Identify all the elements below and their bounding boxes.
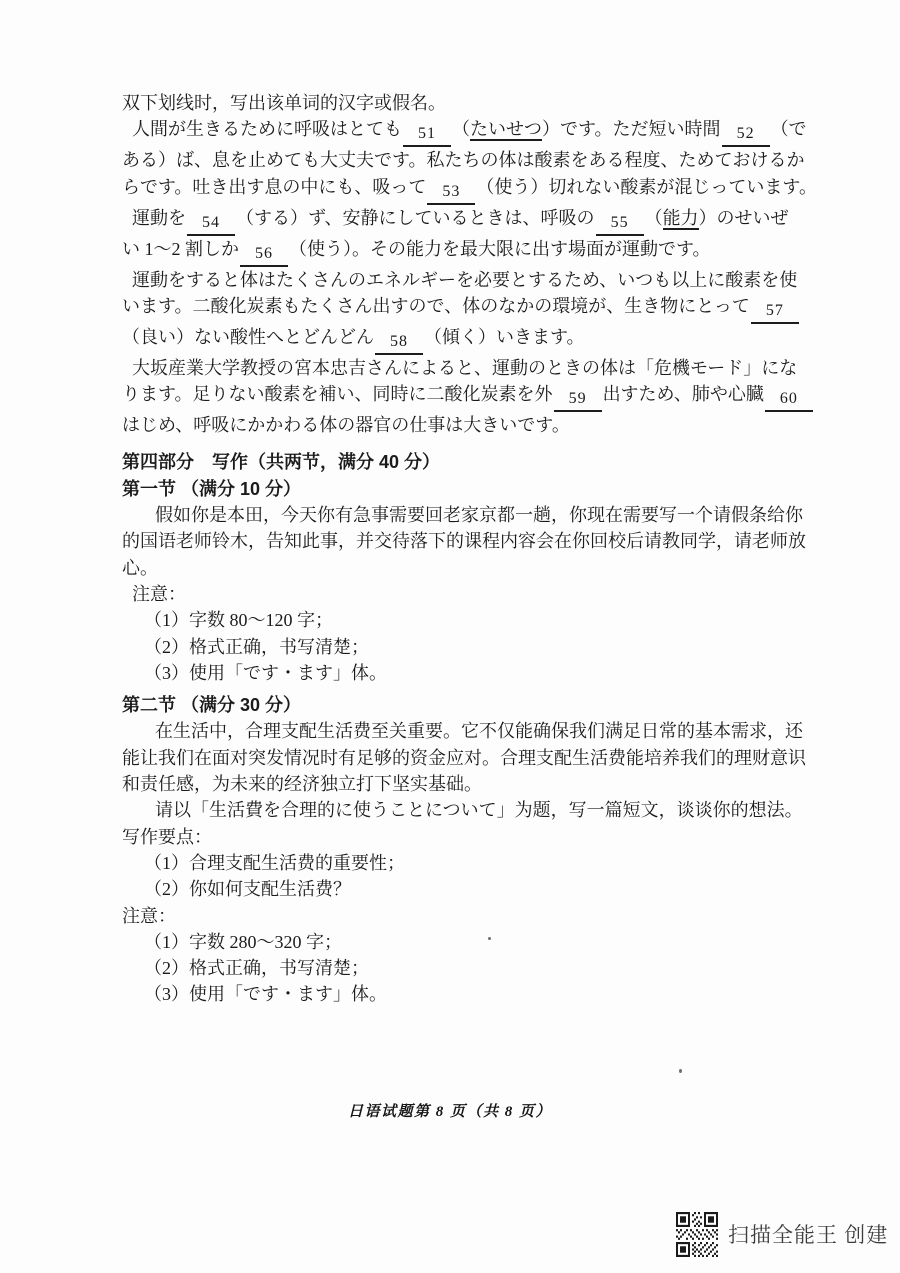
watermark-text: 扫描全能王 创建 [728,1219,888,1249]
text-line: 第二节 （满分 30 分） [122,692,812,718]
text-run: （2）格式正确，书写清楚； [144,637,369,657]
text-run: 出すため、肺や心臓 [603,384,764,404]
text-line: 注意： [122,903,812,929]
text-run: 注意： [122,906,176,926]
text-line: 双下划线时，写出该单词的汉字或假名。 [122,90,812,116]
text-line: 假如你是本田，今天你有急事需要回老家京都一趟，你现在需要写一个请假条给你 [122,502,812,528]
text-run: （使う）。その能力を最大限に出す場面が運動です。 [289,239,711,259]
blank-field-55: 55 [596,212,644,236]
text-line: （1）合理支配生活费的重要性； [122,850,812,876]
text-line: 運動をすると体はたくさんのエネルギーを必要とするため、いつも以上に酸素を使 [122,267,812,293]
text-run: （3）使用「です・ます」体。 [144,663,387,683]
text-run: 運動をすると体はたくさんのエネルギーを必要とするため、いつも以上に酸素を使 [132,270,797,290]
text-run: （で [771,119,807,139]
text-run: 请以「生活費を合理的に使うことについて」为题，写一篇短文，谈谈你的想法。 [155,800,803,820]
blank-field-53: 53 [427,181,475,205]
text-run: 假如你是本田，今天你有急事需要回老家京都一趟，你现在需要写一个请假条给你 [155,505,803,525]
text-run: （ [452,119,470,139]
scanned-exam-page: { "reading": { "lines": [ {"parts":[{"k"… [0,0,900,1273]
text-line: 第一节 （满分 10 分） [122,476,812,502]
scan-speck [488,937,491,940]
blank-field-57: 57 [751,300,799,324]
underlined-word: たいせつ [470,119,542,141]
scan-speck [679,1069,682,1073]
text-line: 運動を54（する）ず、安静にしているときは、呼吸の55（能力）のせいぜ [122,205,812,236]
text-run: 人間が生きるために呼吸はとても [132,119,402,139]
blank-field-58: 58 [375,331,423,355]
text-run: ある）ば、息を止めても大丈夫です。私たちの体は酸素をある程度、ためておけるか [122,150,805,170]
page-body: 双下划线时，写出该单词的汉字或假名。人間が生きるために呼吸はとても51（たいせつ… [122,90,812,1008]
qr-code-icon [676,1212,718,1257]
text-line: 人間が生きるために呼吸はとても51（たいせつ）です。ただ短い時間52（で [122,116,812,147]
text-line: （2）格式正确，书写清楚； [122,955,812,981]
text-run: （良い）ない酸性へとどんどん [122,327,374,347]
text-run: （1）字数 280～320 字； [144,932,342,952]
text-run: ります。足りない酸素を補い、同時に二酸化炭素を外 [122,384,553,404]
blank-field-60: 60 [765,388,813,412]
text-run: 第一节 （满分 10 分） [122,479,301,499]
blank-field-51: 51 [403,123,451,147]
text-line: （3）使用「です・ます」体。 [122,660,812,686]
text-line: （2）你如何支配生活费？ [122,876,812,902]
text-line: らです。吐き出す息の中にも、吸って53（使う）切れない酸素が混じっています。 [122,174,812,205]
text-line: はじめ、呼吸にかかわる体の器官の仕事は大きいです。 [122,412,812,438]
text-line: 能让我们在面对突发情况时有足够的资金应对。合理支配生活费能培养我们的理财意识 [122,745,812,771]
reading-passage: 双下划线时，写出该单词的汉字或假名。人間が生きるために呼吸はとても51（たいせつ… [122,90,812,438]
writing-section: 第四部分 写作（共两节，满分 40 分）第一节 （满分 10 分）假如你是本田，… [122,449,812,1007]
text-line: ります。足りない酸素を補い、同時に二酸化炭素を外59出すため、肺や心臓60 [122,381,812,412]
text-line: 写作要点： [122,824,812,850]
text-line: （3）使用「です・ます」体。 [122,981,812,1007]
blank-field-54: 54 [187,212,235,236]
text-run: 写作要点： [122,827,212,847]
text-run: （使う）切れない酸素が混じっています。 [476,177,817,197]
text-run: 心。 [122,558,158,578]
text-run: （する）ず、安静にしているときは、呼吸の [236,208,595,228]
text-run: （ [645,208,663,228]
text-run: 第二节 （满分 30 分） [122,695,301,715]
text-run: （3）使用「です・ます」体。 [144,984,387,1004]
text-line: 第四部分 写作（共两节，满分 40 分） [122,449,812,475]
text-run: います。二酸化炭素もたくさん出すので、体のなかの環境が、生き物にとって [122,296,750,316]
text-run: ）のせいぜ [699,208,789,228]
blank-field-56: 56 [240,243,288,267]
text-line: 大坂産業大学教授の宮本忠吉さんによると、運動のときの体は「危機モード」にな [122,355,812,381]
text-run: （2）格式正确，书写清楚； [144,958,369,978]
text-run: 第四部分 写作（共两节，满分 40 分） [122,452,440,472]
text-run: 大坂産業大学教授の宮本忠吉さんによると、運動のときの体は「危機モード」にな [132,358,797,378]
text-run: 和责任感，为未来的经济独立打下坚实基础。 [122,774,482,794]
text-run: 的国语老师铃木，告知此事，并交待落下的课程内容会在你回校后请教同学，请老师放 [122,531,806,551]
text-line: 在生活中，合理支配生活费至关重要。它不仅能确保我们满足日常的基本需求，还 [122,718,812,744]
underlined-word: 能力 [663,208,699,230]
text-run: い 1～2 割しか [122,239,239,259]
text-run: 運動を [132,208,186,228]
text-line: 注意： [122,581,812,607]
text-line: （良い）ない酸性へとどんどん58（傾く）いきます。 [122,324,812,355]
text-line: ある）ば、息を止めても大丈夫です。私たちの体は酸素をある程度、ためておけるか [122,147,812,173]
text-line: 的国语老师铃木，告知此事，并交待落下的课程内容会在你回校后请教同学，请老师放 [122,528,812,554]
text-run: 注意： [132,584,186,604]
text-run: （1）合理支配生活费的重要性； [144,853,405,873]
text-line: 心。 [122,555,812,581]
text-run: らです。吐き出す息の中にも、吸って [122,177,426,197]
text-run: はじめ、呼吸にかかわる体の器官の仕事は大きいです。 [122,415,570,435]
scanner-watermark: 扫描全能王 创建 [676,1211,888,1257]
text-run: 双下划线时，写出该单词的汉字或假名。 [122,93,446,113]
text-run: ）です。ただ短い時間 [542,119,721,139]
text-line: い 1～2 割しか56（使う）。その能力を最大限に出す場面が運動です。 [122,236,812,267]
text-run: （1）字数 80～120 字； [144,610,333,630]
text-run: （傾く）いきます。 [424,327,585,347]
blank-field-52: 52 [722,123,770,147]
text-line: （2）格式正确，书写清楚； [122,634,812,660]
text-run: 能让我们在面对突发情况时有足够的资金应对。合理支配生活费能培养我们的理财意识 [122,748,806,768]
text-run: （2）你如何支配生活费？ [144,879,351,899]
text-line: （1）字数 80～120 字； [122,607,812,633]
blank-field-59: 59 [554,388,602,412]
page-footer: 日语试题第 8 页（共 8 页） [0,1100,900,1121]
text-line: 和责任感，为未来的经济独立打下坚实基础。 [122,771,812,797]
text-line: （1）字数 280～320 字； [122,929,812,955]
text-line: います。二酸化炭素もたくさん出すので、体のなかの環境が、生き物にとって57 [122,293,812,324]
text-run: 在生活中，合理支配生活费至关重要。它不仅能确保我们满足日常的基本需求，还 [155,721,803,741]
text-line: 请以「生活費を合理的に使うことについて」为题，写一篇短文，谈谈你的想法。 [122,797,812,823]
